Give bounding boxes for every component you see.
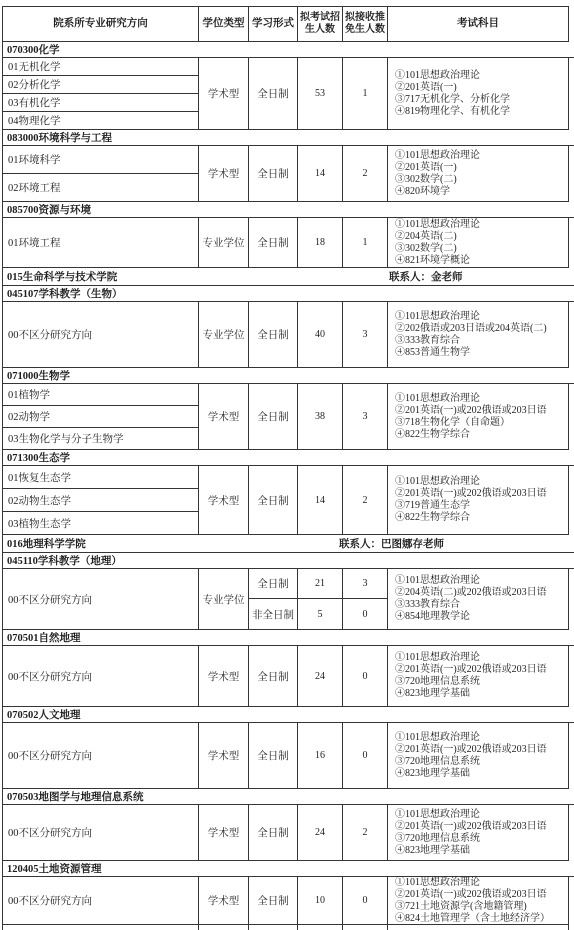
subject-line: ②204英语(二)或202俄语或203日语: [395, 587, 568, 599]
major-section-row: 083000环境科学与工程: [2, 130, 574, 146]
study-form-cell: 全日制: [249, 569, 298, 598]
exam-count-cell: 14: [298, 146, 343, 201]
program-group-row: 01环境工程 专业学位 全日制 18 1 ①101思想政治理论 ②204英语(二…: [2, 218, 569, 268]
section-title: 085700资源与环境: [7, 202, 91, 217]
program-group-row: 01恢复生态学 02动物生态学 03植物生态学 学术型 全日制 14 2 ①10…: [2, 466, 569, 535]
direction-item: 04物理化学: [3, 112, 198, 129]
header-exempt-count: 拟接收推免生人数: [343, 7, 388, 41]
subject-line: ④854地理教学论: [395, 611, 568, 623]
degree-cell: 专业学位: [199, 569, 249, 629]
major-section-row: 071000生物学: [2, 368, 574, 384]
subject-line: ②201英语(一)或202俄语或203日语: [395, 821, 568, 833]
subject-line: ③717无机化学、分析化学: [395, 94, 568, 106]
direction-item: 02分析化学: [3, 76, 198, 94]
subject-line: ③333教育综合: [395, 599, 568, 611]
study-form-subrow: 全日制 21 3: [249, 569, 388, 599]
admissions-table: 院系所专业研究方向 学位类型 学习形式 拟考试招生人数 拟接收推免生人数 考试科…: [2, 6, 569, 930]
direction-item: 01环境科学: [3, 146, 198, 174]
subject-line: ②204英语(二): [395, 231, 568, 243]
direction-item: 01环境工程: [3, 218, 198, 267]
subject-line: ③721土地资源学(含地籍管理): [395, 901, 568, 913]
subject-line: ④819物理化学、有机化学: [395, 106, 568, 118]
subjects-cell: ①101思想政治理论 ②201英语(一)或202俄语或203日语 ③718生物化…: [388, 384, 568, 449]
exempt-count-cell: 2: [343, 466, 388, 534]
direction-cell: 01环境工程: [3, 218, 199, 267]
section-title: 070501自然地理: [7, 630, 81, 645]
study-form-cell: 全日制: [249, 805, 298, 860]
major-section-row: 070502人文地理: [2, 707, 574, 723]
subject-line: ②202俄语或203日语或204英语(二): [395, 323, 568, 335]
program-group-row: 00不区分研究方向 学术型 全日制 10 0 ①101思想政治理论 ②201英语…: [2, 877, 569, 925]
subject-line: ①101思想政治理论: [395, 70, 568, 82]
subjects-cell: ①101思想政治理论 ②201英语(一)或202俄语或203日语 ③720地理信…: [388, 646, 568, 706]
subject-line: ②201英语(一)或202俄语或203日语: [395, 744, 568, 756]
subject-line: ①101思想政治理论: [395, 393, 568, 405]
direction-item: 00不区分研究方向: [3, 723, 198, 788]
subject-line: ④853普通生物学: [395, 347, 568, 359]
subject-line: ③302数学(二): [395, 243, 568, 255]
subject-line: ③720地理信息系统: [395, 676, 568, 688]
direction-item: 03植物生态学: [3, 512, 198, 534]
exam-count-cell: 21: [298, 569, 343, 598]
study-form-cell: 全日制: [249, 384, 298, 449]
degree-cell: 学术型: [199, 877, 249, 924]
subject-line: ④823地理学基础: [395, 768, 568, 780]
study-form-subrow: 非全日制 5 0: [249, 599, 388, 629]
clipped-row-stub: [2, 925, 569, 930]
degree-cell: 学术型: [199, 384, 249, 449]
subjects-cell: ①101思想政治理论 ②204英语(二)或202俄语或203日语 ③333教育综…: [388, 569, 568, 629]
study-form-cell: 全日制: [249, 302, 298, 367]
subject-line: ②201英语(一): [395, 162, 568, 174]
exempt-count-cell: 3: [343, 384, 388, 449]
exempt-count-cell: 0: [343, 646, 388, 706]
direction-cell: 00不区分研究方向: [3, 569, 199, 629]
major-section-row: 070501自然地理: [2, 630, 574, 646]
header-degree: 学位类型: [199, 7, 249, 41]
college-row: 015生命科学与技术学院 联系人：金老师: [2, 268, 574, 286]
subject-line: ①101思想政治理论: [395, 732, 568, 744]
exam-count-cell: [298, 925, 343, 930]
subject-line: ④823地理学基础: [395, 688, 568, 700]
exam-count-cell: 38: [298, 384, 343, 449]
degree-cell: 学术型: [199, 146, 249, 201]
subjects-cell: ①101思想政治理论 ②201英语(一)或202俄语或203日语 ③720地理信…: [388, 805, 568, 860]
direction-cell: 00不区分研究方向: [3, 877, 199, 924]
major-section-row: 045107学科教学（生物）: [2, 286, 574, 302]
subject-line: ③302数学(二): [395, 174, 568, 186]
study-form-cell: 全日制: [249, 466, 298, 534]
study-form-cell: 非全日制: [249, 599, 298, 629]
subjects-cell: [388, 925, 568, 930]
exempt-count-cell: 0: [343, 723, 388, 788]
program-group-row: 01植物学 02动物学 03生物化学与分子生物学 学术型 全日制 38 3 ①1…: [2, 384, 569, 450]
study-form-cell: 全日制: [249, 877, 298, 924]
degree-cell: 学术型: [199, 805, 249, 860]
exam-count-cell: 24: [298, 646, 343, 706]
major-section-row: 045110学科教学（地理）: [2, 553, 574, 569]
section-title: 070503地图学与地理信息系统: [7, 789, 144, 804]
header-study-form: 学习形式: [249, 7, 298, 41]
subject-line: ②201英语(一)或202俄语或203日语: [395, 889, 568, 901]
exempt-count-cell: 3: [343, 302, 388, 367]
exam-count-cell: 16: [298, 723, 343, 788]
degree-cell: 学术型: [199, 646, 249, 706]
college-name: 015生命科学与技术学院: [7, 269, 117, 284]
section-title: 071300生态学: [7, 450, 70, 465]
direction-item: 02动物生态学: [3, 489, 198, 512]
degree-cell: 专业学位: [199, 302, 249, 367]
major-section-row: 070503地图学与地理信息系统: [2, 789, 574, 805]
direction-item: 01无机化学: [3, 58, 198, 76]
table-header-row: 院系所专业研究方向 学位类型 学习形式 拟考试招生人数 拟接收推免生人数 考试科…: [2, 6, 569, 42]
subjects-cell: ①101思想政治理论 ②201英语(一)或202俄语或203日语 ③721土地资…: [388, 877, 568, 924]
program-group-row: 00不区分研究方向 学术型 全日制 24 0 ①101思想政治理论 ②201英语…: [2, 646, 569, 707]
exempt-count-cell: 1: [343, 218, 388, 267]
subject-line: ①101思想政治理论: [395, 652, 568, 664]
subjects-cell: ①101思想政治理论 ②201英语(一) ③717无机化学、分析化学 ④819物…: [388, 58, 568, 129]
major-section-row: 070300化学: [2, 42, 574, 58]
subjects-cell: ①101思想政治理论 ②201英语(一)或202俄语或203日语 ③720地理信…: [388, 723, 568, 788]
program-group-row: 00不区分研究方向 专业学位 全日制 40 3 ①101思想政治理论 ②202俄…: [2, 302, 569, 368]
program-group-row: 01无机化学 02分析化学 03有机化学 04物理化学 学术型 全日制 53 1…: [2, 58, 569, 130]
direction-cell: 00不区分研究方向: [3, 805, 199, 860]
section-title: 120405土地资源管理: [7, 861, 102, 876]
subjects-cell: ①101思想政治理论 ②201英语(一)或202俄语或203日语 ③719普通生…: [388, 466, 568, 534]
subject-line: ③719普通生态学: [395, 500, 568, 512]
subject-line: ①101思想政治理论: [395, 219, 568, 231]
major-section-row: 120405土地资源管理: [2, 861, 574, 877]
exam-count-cell: 53: [298, 58, 343, 129]
direction-item: 00不区分研究方向: [3, 877, 198, 924]
subject-line: ①101思想政治理论: [395, 809, 568, 821]
subject-line: ②201英语(一)或202俄语或203日语: [395, 405, 568, 417]
exam-count-cell: 5: [298, 599, 343, 629]
program-group-row: 00不区分研究方向 学术型 全日制 24 2 ①101思想政治理论 ②201英语…: [2, 805, 569, 861]
direction-item: 03生物化学与分子生物学: [3, 428, 198, 449]
exam-count-cell: 24: [298, 805, 343, 860]
direction-cell: 01无机化学 02分析化学 03有机化学 04物理化学: [3, 58, 199, 129]
program-group-row: 01环境科学 02环境工程 学术型 全日制 14 2 ①101思想政治理论 ②2…: [2, 146, 569, 202]
direction-cell: 00不区分研究方向: [3, 302, 199, 367]
header-exam-count: 拟考试招生人数: [298, 7, 343, 41]
major-section-row: 071300生态学: [2, 450, 574, 466]
degree-cell: 学术型: [199, 723, 249, 788]
subject-line: ②201英语(一)或202俄语或203日语: [395, 488, 568, 500]
subject-line: ①101思想政治理论: [395, 575, 568, 587]
subjects-cell: ①101思想政治理论 ②204英语(二) ③302数学(二) ④821环境学概论: [388, 218, 568, 267]
study-form-subrows: 全日制 21 3 非全日制 5 0: [249, 569, 388, 629]
exam-count-cell: 10: [298, 877, 343, 924]
direction-item: 01植物学: [3, 384, 198, 406]
subject-line: ④823地理学基础: [395, 845, 568, 857]
subjects-cell: ①101思想政治理论 ②202俄语或203日语或204英语(二) ③333教育综…: [388, 302, 568, 367]
section-title: 045110学科教学（地理）: [7, 553, 122, 568]
exam-count-cell: 40: [298, 302, 343, 367]
exam-count-cell: 14: [298, 466, 343, 534]
header-subjects: 考试科目: [388, 7, 568, 41]
degree-cell: 专业学位: [199, 218, 249, 267]
section-title: 083000环境科学与工程: [7, 130, 112, 145]
degree-cell: 学术型: [199, 58, 249, 129]
admissions-catalog-page: 院系所专业研究方向 学位类型 学习形式 拟考试招生人数 拟接收推免生人数 考试科…: [0, 0, 574, 930]
exempt-count-cell: 1: [343, 58, 388, 129]
direction-cell: 01植物学 02动物学 03生物化学与分子生物学: [3, 384, 199, 449]
study-form-cell: 全日制: [249, 58, 298, 129]
study-form-cell: 全日制: [249, 218, 298, 267]
subject-line: ①101思想政治理论: [395, 476, 568, 488]
direction-item: 00不区分研究方向: [3, 805, 198, 860]
college-contact: 联系人：巴图娜存老师: [339, 535, 444, 552]
subject-line: ④824土地管理学（含土地经济学）: [395, 913, 568, 925]
degree-cell: [199, 925, 249, 930]
direction-item: 03有机化学: [3, 94, 198, 112]
section-title: 045107学科教学（生物）: [7, 286, 123, 301]
exempt-count-cell: 2: [343, 805, 388, 860]
subject-line: ④821环境学概论: [395, 255, 568, 267]
section-title: 070300化学: [7, 42, 60, 57]
exempt-count-cell: 0: [343, 877, 388, 924]
subject-line: ②201英语(一)或202俄语或203日语: [395, 664, 568, 676]
subject-line: ③720地理信息系统: [395, 756, 568, 768]
subjects-cell: ①101思想政治理论 ②201英语(一) ③302数学(二) ④820环境学: [388, 146, 568, 201]
direction-item: 00不区分研究方向: [3, 569, 198, 629]
section-title: 071000生物学: [7, 368, 70, 383]
study-form-cell: [249, 925, 298, 930]
exempt-count-cell: 0: [343, 599, 388, 629]
direction-item: 02动物学: [3, 406, 198, 428]
major-section-row: 085700资源与环境: [2, 202, 574, 218]
program-group-row: 00不区分研究方向 学术型 全日制 16 0 ①101思想政治理论 ②201英语…: [2, 723, 569, 789]
study-form-cell: 全日制: [249, 723, 298, 788]
subject-line: ②201英语(一): [395, 82, 568, 94]
direction-item: 01恢复生态学: [3, 466, 198, 489]
exempt-count-cell: 2: [343, 146, 388, 201]
subject-line: ①101思想政治理论: [395, 877, 568, 889]
header-direction: 院系所专业研究方向: [3, 7, 199, 41]
subject-line: ③718生物化学（自命题）: [395, 417, 568, 429]
subject-line: ④822生物学综合: [395, 429, 568, 441]
section-title: 070502人文地理: [7, 707, 81, 722]
college-row: 016地理科学学院 联系人：巴图娜存老师: [2, 535, 574, 553]
subject-line: ④820环境学: [395, 186, 568, 198]
direction-cell: 01恢复生态学 02动物生态学 03植物生态学: [3, 466, 199, 534]
subject-line: ①101思想政治理论: [395, 311, 568, 323]
subject-line: ③720地理信息系统: [395, 833, 568, 845]
college-name: 016地理科学学院: [7, 536, 86, 551]
exam-count-cell: 18: [298, 218, 343, 267]
degree-cell: 学术型: [199, 466, 249, 534]
subject-line: ①101思想政治理论: [395, 150, 568, 162]
study-form-cell: 全日制: [249, 646, 298, 706]
direction-item: 00不区分研究方向: [3, 646, 198, 706]
direction-cell: [3, 925, 199, 930]
direction-cell: 01环境科学 02环境工程: [3, 146, 199, 201]
direction-cell: 00不区分研究方向: [3, 646, 199, 706]
direction-cell: 00不区分研究方向: [3, 723, 199, 788]
direction-item: 00不区分研究方向: [3, 302, 198, 367]
study-form-cell: 全日制: [249, 146, 298, 201]
direction-item: 02环境工程: [3, 174, 198, 201]
subject-line: ④822生物学综合: [395, 512, 568, 524]
college-contact: 联系人：金老师: [389, 268, 463, 285]
exempt-count-cell: 3: [343, 569, 388, 598]
subject-line: ③333教育综合: [395, 335, 568, 347]
program-group-row: 00不区分研究方向 专业学位 全日制 21 3 非全日制 5 0 ①101思想政…: [2, 569, 569, 630]
exempt-count-cell: [343, 925, 388, 930]
